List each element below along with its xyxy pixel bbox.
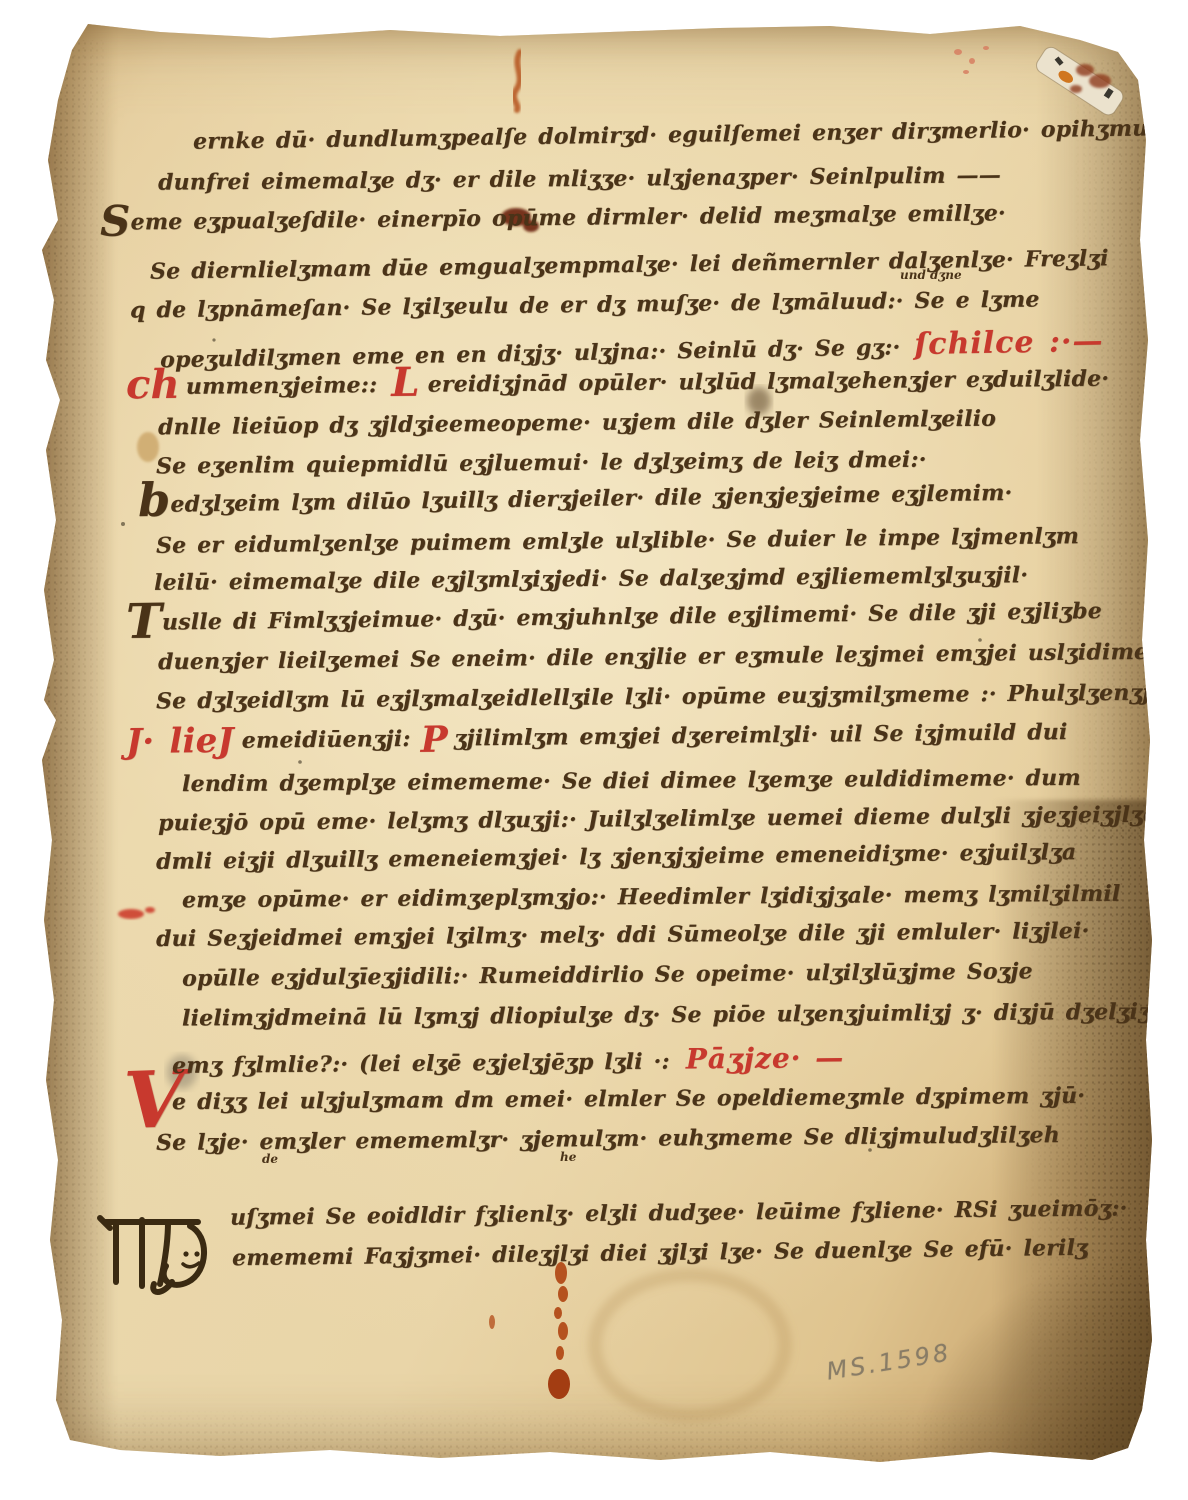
water-stain (595, 1275, 785, 1415)
line-text: emeidiūenʒji: (242, 726, 411, 754)
line-text: emʒ fʒlmlie?:· (lei elʒē eʒjelʒjēʒp lʒli… (172, 1049, 670, 1079)
rubric-word-pazje: Pāʒjze· — (686, 1041, 845, 1075)
interlinear-gloss: de (262, 1152, 278, 1166)
red-margin-smudge (118, 907, 155, 919)
photograph-canvas: { "page": { "description": "Medieval man… (0, 0, 1188, 1500)
interlinear-gloss: he (560, 1150, 576, 1164)
rubric-word-schilce: ſchilce :·— (914, 324, 1104, 362)
rubric-initial-j: J· lieJ (126, 741, 234, 742)
manuscript-page: ernke dū· dundlumʒpealſe dolmirʒd· eguil… (0, 0, 1188, 1500)
rust-drip-stain (489, 1262, 570, 1399)
rust-squiggle-stain (514, 52, 520, 110)
pen-trial-initial-m (100, 1218, 204, 1292)
text-line: emʒ fʒlmlie?:· (lei elʒē eʒjelʒjēʒp lʒli… (172, 1041, 844, 1080)
interlinear-gloss: und dʒne (900, 268, 962, 282)
line-text: ummenʒjeime:: (186, 372, 378, 400)
repair-tape (1033, 44, 1125, 118)
pink-specks (954, 46, 989, 74)
